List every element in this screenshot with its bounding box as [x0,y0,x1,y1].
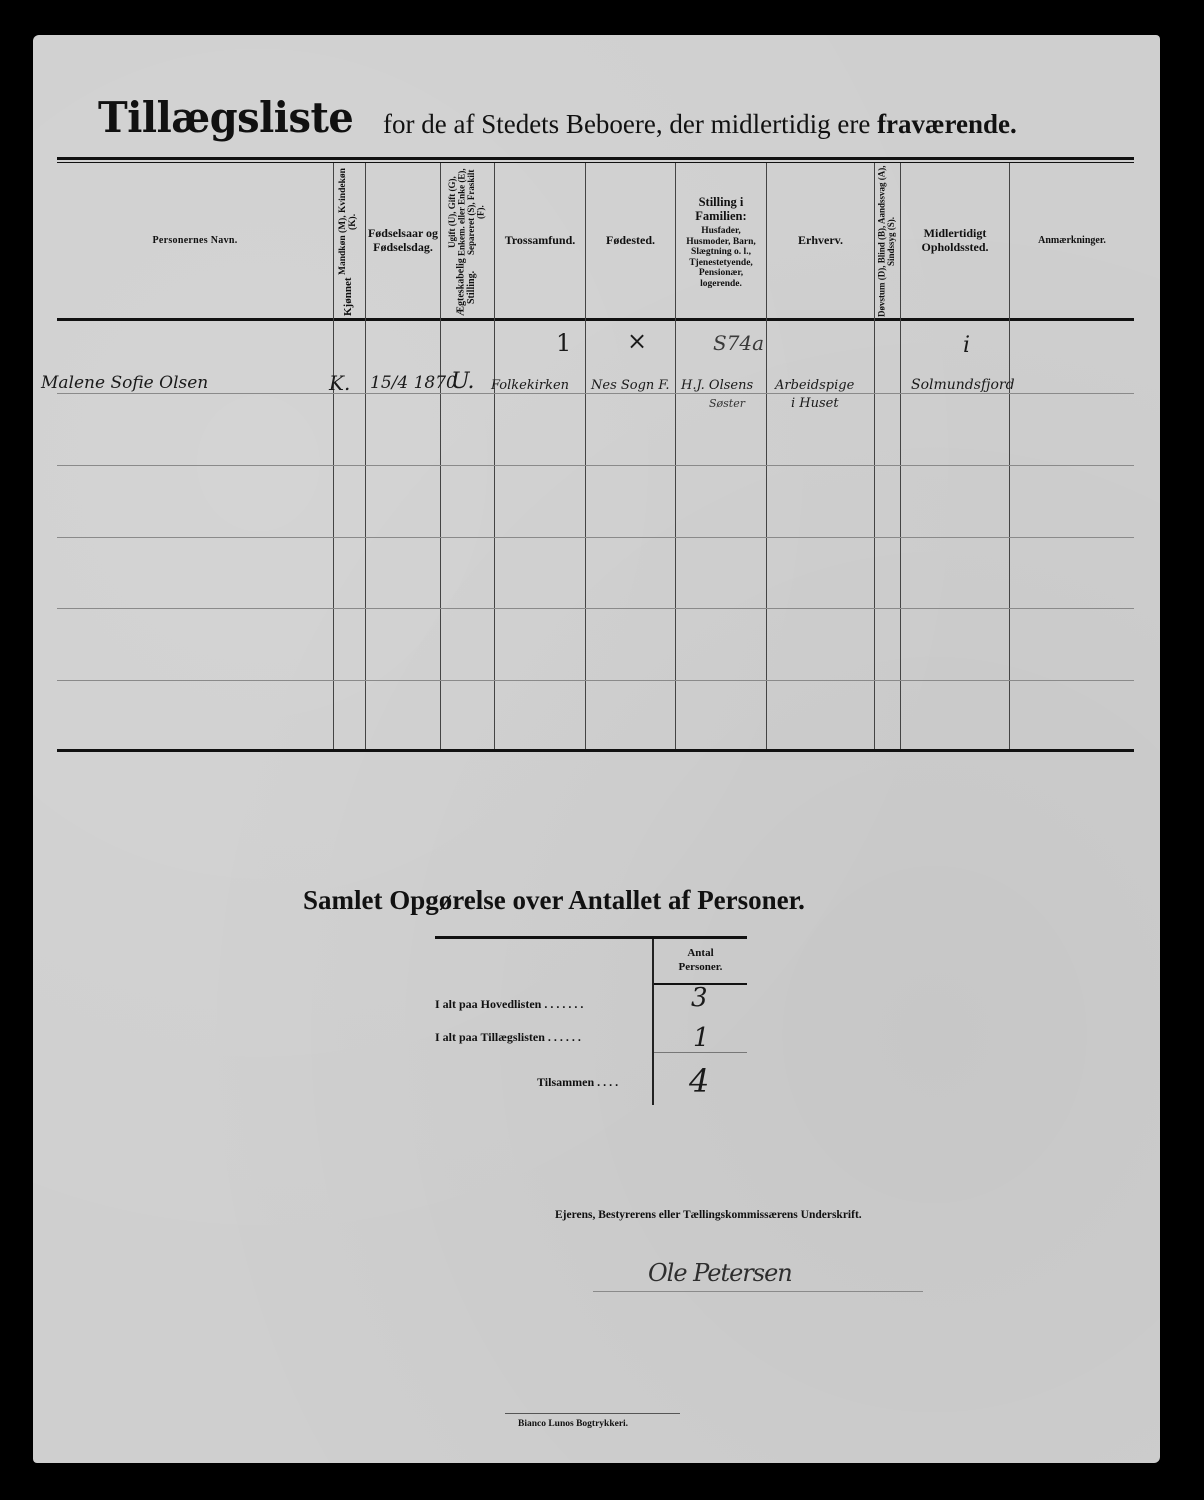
cell-temp-residence-mark: i [963,335,970,357]
summary-row-label: I alt paa Hovedlisten . . . . . . . [435,997,583,1012]
cell-religion: Folkekirken [491,379,569,392]
census-form-page: Tillægsliste for de af Stedets Beboere, … [33,35,1160,1463]
printer-imprint: Bianco Lunos Bogtrykkeri. [518,1419,628,1429]
header-sex-detail: Mandkøn (M), Kvindekøn (K). [339,166,359,278]
summary-column-header-line1: Antal [654,947,747,961]
cell-birth: 15/4 1870 [370,375,457,392]
table-top-rule [57,157,1134,160]
signature-value: Ole Petersen [648,1261,792,1285]
header-name: Personernes Navn. [57,163,333,318]
row-divider [57,537,1134,538]
form-subtitle-bold: fraværende. [877,109,1017,139]
summary-column-header: Antal Personer. [654,947,747,975]
table-bottom-rule [57,749,1134,752]
summary-top-rule [435,936,747,939]
header-occupation: Erhverv. [767,163,874,318]
cell-sex: K. [329,373,350,393]
cell-name: Malene Sofie Olsen [41,375,208,392]
summary-row-label: I alt paa Tillægslisten . . . . . . [435,1030,581,1045]
header-bottom-rule [57,318,1134,321]
header-sex-title: Kjønnet [343,278,355,317]
summary-row-label: Tilsammen . . . . [537,1075,618,1090]
header-remarks: Anmærkninger. [1010,163,1134,318]
header-marital-detail: Ugift (U), Gift (G), Enkem. eller Enke (… [448,166,486,258]
cell-temp-residence: Solmundsfjord [911,378,1015,392]
header-sex: Kjønnet Mandkøn (M), Kvindekøn (K). [335,166,363,316]
row-divider [57,608,1134,609]
summary-row-value: 3 [691,985,708,1011]
cell-family-position: H.J. Olsens [681,379,753,392]
form-subtitle: for de af Stedets Beboere, der midlertid… [383,111,1017,138]
signature-caption: Ejerens, Bestyrerens eller Tællingskommi… [555,1209,862,1221]
signature-line [593,1291,923,1292]
cell-family-position-mark: S74a [713,333,764,353]
header-birth: Fødselsaar og Fødselsdag. [366,163,440,318]
header-marital-title: Ægteskabelig Stilling. [457,258,478,316]
cell-religion-mark: 1 [556,331,571,355]
header-temp-residence: Midlertidigt Opholdssted. [901,163,1009,318]
cell-birthplace: Nes Sogn F. [591,379,670,392]
cell-family-position-line2: Søster [709,398,745,409]
row-divider [57,465,1134,466]
cell-birthplace-mark: × [627,329,647,353]
header-family-position-title: Stilling i Familien: [676,196,766,224]
printer-rule [505,1413,680,1414]
header-religion: Trossamfund. [495,163,585,318]
header-birthplace: Fødested. [586,163,675,318]
summary-row-value: 4 [689,1065,709,1097]
header-disability: Døvstum (D), Blind (B), Aandssvag (A), S… [876,165,898,317]
row-divider [57,393,1134,394]
header-marital: Ægteskabelig Stilling. Ugift (U), Gift (… [442,166,492,316]
form-title: Tillægsliste [98,97,353,139]
form-subtitle-text: for de af Stedets Beboere, der midlertid… [383,109,870,139]
cell-marital: U. [451,371,475,393]
summary-row-value: 1 [693,1025,710,1051]
summary-title: Samlet Opgørelse over Antallet af Person… [303,885,805,916]
col-divider [440,163,441,749]
col-divider [874,163,875,749]
row-divider [57,680,1134,681]
cell-occupation: Arbeidspige [775,379,854,392]
col-divider [333,163,334,749]
summary-column-header-line2: Personer. [654,961,747,975]
header-family-position: Stilling i Familien: Husfader, Husmoder,… [676,175,766,310]
header-family-position-detail: Husfader, Husmoder, Barn, Slægtning o. l… [676,226,766,289]
cell-occupation-line2: i Huset [791,397,839,410]
